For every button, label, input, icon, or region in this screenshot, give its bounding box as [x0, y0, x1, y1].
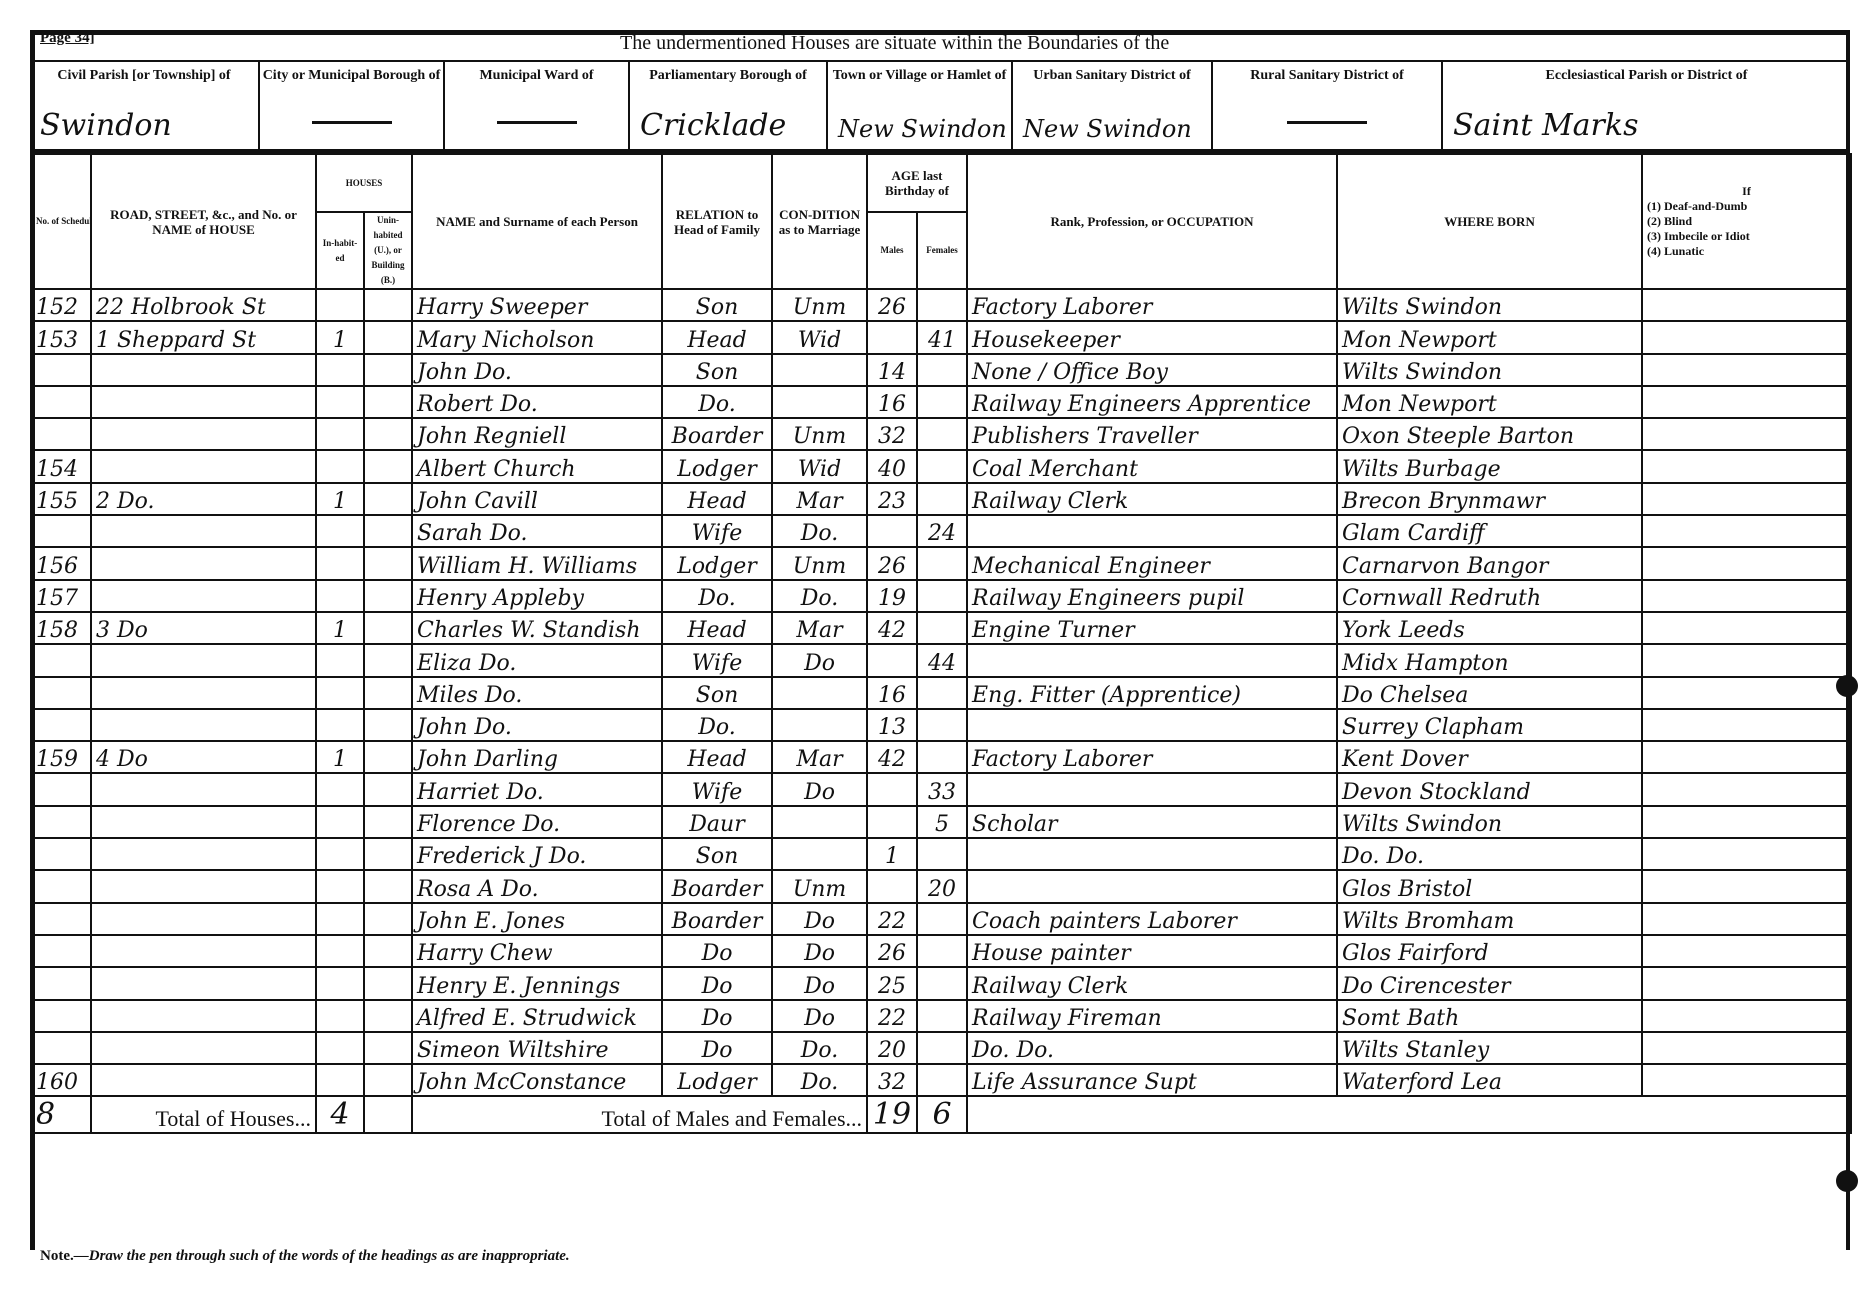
male-age: 1: [867, 838, 917, 870]
inhabited-count: [316, 386, 364, 418]
inhabited-count: [316, 289, 364, 321]
infirmity: [1642, 1000, 1851, 1032]
col-condition: CON-DITION as to Marriage: [772, 154, 867, 289]
infirmity: [1642, 450, 1851, 482]
marital-condition: [772, 709, 867, 741]
schedule-number: 152: [31, 289, 91, 321]
blank-dash: [497, 121, 577, 124]
uninhabited-count: [364, 1032, 412, 1064]
schedule-number: [31, 1032, 91, 1064]
ink-blot: [1836, 675, 1858, 697]
schedule-number: [31, 773, 91, 805]
table-row: John RegniellBoarderUnm32Publishers Trav…: [31, 418, 1851, 450]
occupation: House painter: [967, 935, 1337, 967]
table-row: Sarah Do.WifeDo.24Glam Cardiff: [31, 515, 1851, 547]
col-females: Females: [917, 212, 967, 289]
female-age: [917, 386, 967, 418]
inhabited-count: [316, 418, 364, 450]
female-age: [917, 580, 967, 612]
marital-condition: [772, 838, 867, 870]
female-age: [917, 1032, 967, 1064]
schedule-number: 153: [31, 321, 91, 353]
col-schedule: No. of Schedule: [31, 154, 91, 289]
infirmity: [1642, 677, 1851, 709]
uninhabited-count: [364, 903, 412, 935]
uninhabited-count: [364, 806, 412, 838]
male-age: 22: [867, 1000, 917, 1032]
person-name: John Do.: [412, 709, 662, 741]
inhabited-count: [316, 935, 364, 967]
table-row: Miles Do.Son16Eng. Fitter (Apprentice)Do…: [31, 677, 1851, 709]
schedule-number: 155: [31, 483, 91, 515]
female-age: [917, 709, 967, 741]
person-name: Robert Do.: [412, 386, 662, 418]
inhabited-count: [316, 354, 364, 386]
ink-blot: [1836, 1170, 1858, 1192]
road-address: [91, 515, 316, 547]
schedule-number: [31, 806, 91, 838]
parliamentary-borough-cell: Parliamentary Borough of Cricklade: [630, 62, 828, 149]
relation-to-head: Son: [662, 677, 772, 709]
table-row: Robert Do.Do.16Railway Engineers Apprent…: [31, 386, 1851, 418]
inhabited-count: 1: [316, 483, 364, 515]
relation-to-head: Head: [662, 321, 772, 353]
marital-condition: Do.: [772, 1032, 867, 1064]
person-name: Henry E. Jennings: [412, 967, 662, 999]
schedule-number: [31, 838, 91, 870]
person-name: Sarah Do.: [412, 515, 662, 547]
uninhabited-count: [364, 1000, 412, 1032]
birthplace: Midx Hampton: [1337, 644, 1642, 676]
infirmity: [1642, 967, 1851, 999]
civil-parish-cell: Civil Parish [or Township] of Swindon: [30, 62, 260, 149]
totals-blank: [1642, 1096, 1851, 1133]
female-age: [917, 903, 967, 935]
occupation: Housekeeper: [967, 321, 1337, 353]
uninhabited-count: [364, 515, 412, 547]
road-address: 4 Do: [91, 741, 316, 773]
table-row: John Do.Son14None / Office BoyWilts Swin…: [31, 354, 1851, 386]
blank-dash: [1287, 121, 1367, 124]
male-age: 20: [867, 1032, 917, 1064]
marital-condition: Mar: [772, 741, 867, 773]
relation-to-head: Do: [662, 1032, 772, 1064]
occupation: [967, 709, 1337, 741]
uninhabited-count: [364, 418, 412, 450]
male-age: 22: [867, 903, 917, 935]
col-males: Males: [867, 212, 917, 289]
marital-condition: Mar: [772, 483, 867, 515]
form-title: The undermentioned Houses are situate wi…: [620, 32, 1169, 55]
schedule-number: [31, 418, 91, 450]
town-village-label: Town or Village or Hamlet of: [828, 62, 1011, 83]
road-address: [91, 644, 316, 676]
marital-condition: Do.: [772, 515, 867, 547]
infirmity: [1642, 870, 1851, 902]
infirmity: [1642, 515, 1851, 547]
schedule-number: [31, 644, 91, 676]
col-name: NAME and Surname of each Person: [412, 154, 662, 289]
birthplace: Wilts Swindon: [1337, 806, 1642, 838]
relation-to-head: Boarder: [662, 418, 772, 450]
road-address: [91, 580, 316, 612]
relation-to-head: Do: [662, 967, 772, 999]
person-name: Harry Chew: [412, 935, 662, 967]
person-name: Miles Do.: [412, 677, 662, 709]
road-address: [91, 935, 316, 967]
road-address: [91, 806, 316, 838]
uninhabited-count: [364, 321, 412, 353]
table-row: Rosa A Do.BoarderUnm20Glos Bristol: [31, 870, 1851, 902]
birthplace: Kent Dover: [1337, 741, 1642, 773]
marital-condition: Wid: [772, 450, 867, 482]
infirmity-blind: (2) Blind: [1647, 214, 1846, 229]
person-name: Henry Appleby: [412, 580, 662, 612]
occupation: Railway Fireman: [967, 1000, 1337, 1032]
birthplace: Surrey Clapham: [1337, 709, 1642, 741]
infirmity-if: If: [1647, 184, 1846, 199]
table-row: 1531 Sheppard St1Mary NicholsonHeadWid41…: [31, 321, 1851, 353]
uninhabited-count: [364, 483, 412, 515]
relation-to-head: Wife: [662, 515, 772, 547]
schedule-number: [31, 903, 91, 935]
infirmity: [1642, 741, 1851, 773]
schedule-number: [31, 870, 91, 902]
municipal-ward-label: Municipal Ward of: [445, 62, 628, 83]
marital-condition: Unm: [772, 547, 867, 579]
person-name: Charles W. Standish: [412, 612, 662, 644]
occupation: Factory Laborer: [967, 289, 1337, 321]
male-age: 16: [867, 677, 917, 709]
uninhabited-total: [364, 1096, 412, 1133]
marital-condition: [772, 806, 867, 838]
col-road: ROAD, STREET, &c., and No. or NAME of HO…: [91, 154, 316, 289]
person-name: Frederick J Do.: [412, 838, 662, 870]
female-age: [917, 677, 967, 709]
relation-to-head: Lodger: [662, 450, 772, 482]
road-address: [91, 386, 316, 418]
occupation: None / Office Boy: [967, 354, 1337, 386]
male-age: 32: [867, 418, 917, 450]
urban-sanitary-value: New Swindon: [1023, 115, 1192, 143]
town-village-value: New Swindon: [838, 115, 1007, 143]
uninhabited-count: [364, 838, 412, 870]
parliamentary-borough-value: Cricklade: [640, 108, 786, 143]
inhabited-count: [316, 709, 364, 741]
occupation: Eng. Fitter (Apprentice): [967, 677, 1337, 709]
table-row: 1552 Do.1John CavillHeadMar23Railway Cle…: [31, 483, 1851, 515]
female-age: [917, 418, 967, 450]
uninhabited-count: [364, 677, 412, 709]
relation-to-head: Do: [662, 1000, 772, 1032]
infirmity: [1642, 806, 1851, 838]
male-age: 13: [867, 709, 917, 741]
male-age: [867, 870, 917, 902]
parliamentary-borough-label: Parliamentary Borough of: [630, 62, 826, 83]
inhabited-count: [316, 450, 364, 482]
inhabited-count: 1: [316, 612, 364, 644]
infirmity: [1642, 289, 1851, 321]
uninhabited-count: [364, 967, 412, 999]
male-age: [867, 515, 917, 547]
blank-dash: [312, 121, 392, 124]
birthplace: Wilts Bromham: [1337, 903, 1642, 935]
female-age: [917, 547, 967, 579]
person-name: Simeon Wiltshire: [412, 1032, 662, 1064]
uninhabited-count: [364, 386, 412, 418]
schedule-number: [31, 677, 91, 709]
civil-parish-label: Civil Parish [or Township] of: [30, 62, 258, 83]
male-age: 42: [867, 741, 917, 773]
female-age: [917, 838, 967, 870]
relation-to-head: Boarder: [662, 870, 772, 902]
road-address: 22 Holbrook St: [91, 289, 316, 321]
relation-to-head: Do.: [662, 386, 772, 418]
table-row: Harriet Do.WifeDo33Devon Stockland: [31, 773, 1851, 805]
female-age: 20: [917, 870, 967, 902]
inhabited-count: [316, 1000, 364, 1032]
marital-condition: Unm: [772, 418, 867, 450]
houses-total-label: Total of Houses...: [91, 1096, 316, 1133]
page-number: Page 34]: [40, 30, 95, 47]
birthplace: Do Chelsea: [1337, 677, 1642, 709]
birthplace: Do Cirencester: [1337, 967, 1642, 999]
males-total: 19: [867, 1096, 917, 1133]
marital-condition: Do: [772, 1000, 867, 1032]
infirmity: [1642, 547, 1851, 579]
birthplace: Wilts Swindon: [1337, 289, 1642, 321]
marital-condition: [772, 354, 867, 386]
schedule-total: 8: [31, 1096, 91, 1133]
female-age: [917, 483, 967, 515]
inhabited-count: 1: [316, 741, 364, 773]
male-age: [867, 644, 917, 676]
infirmity: [1642, 644, 1851, 676]
person-name: John Do.: [412, 354, 662, 386]
houses-total-value: 4: [316, 1096, 364, 1133]
schedule-number: 160: [31, 1064, 91, 1096]
uninhabited-count: [364, 644, 412, 676]
schedule-number: [31, 709, 91, 741]
schedule-number: 157: [31, 580, 91, 612]
relation-to-head: Wife: [662, 644, 772, 676]
col-uninhabited: Unin-habited (U.), or Building (B.): [364, 212, 412, 289]
person-name: Albert Church: [412, 450, 662, 482]
birthplace: Somt Bath: [1337, 1000, 1642, 1032]
female-age: [917, 1000, 967, 1032]
marital-condition: Do: [772, 935, 867, 967]
relation-to-head: Son: [662, 289, 772, 321]
birthplace: Do. Do.: [1337, 838, 1642, 870]
marital-condition: Unm: [772, 870, 867, 902]
road-address: [91, 418, 316, 450]
female-age: 5: [917, 806, 967, 838]
schedule-number: [31, 386, 91, 418]
person-name: Mary Nicholson: [412, 321, 662, 353]
schedule-number: [31, 935, 91, 967]
uninhabited-count: [364, 1064, 412, 1096]
inhabited-count: [316, 1032, 364, 1064]
rural-sanitary-label: Rural Sanitary District of: [1213, 62, 1441, 83]
schedule-number: [31, 967, 91, 999]
birthplace: York Leeds: [1337, 612, 1642, 644]
relation-to-head: Son: [662, 354, 772, 386]
female-age: [917, 1064, 967, 1096]
road-address: [91, 870, 316, 902]
male-age: 25: [867, 967, 917, 999]
uninhabited-count: [364, 773, 412, 805]
male-age: 40: [867, 450, 917, 482]
totals-blank: [967, 1096, 1337, 1133]
marital-condition: [772, 386, 867, 418]
schedule-number: [31, 515, 91, 547]
occupation: Do. Do.: [967, 1032, 1337, 1064]
female-age: 24: [917, 515, 967, 547]
road-address: [91, 709, 316, 741]
road-address: [91, 1032, 316, 1064]
inhabited-count: [316, 967, 364, 999]
totals-blank: [1337, 1096, 1642, 1133]
municipal-ward-cell: Municipal Ward of: [445, 62, 630, 149]
relation-to-head: Do.: [662, 580, 772, 612]
marital-condition: Wid: [772, 321, 867, 353]
marital-condition: Unm: [772, 289, 867, 321]
inhabited-count: 1: [316, 321, 364, 353]
occupation: Coal Merchant: [967, 450, 1337, 482]
male-age: 26: [867, 935, 917, 967]
road-address: [91, 354, 316, 386]
relation-to-head: Lodger: [662, 547, 772, 579]
female-age: 44: [917, 644, 967, 676]
road-address: [91, 967, 316, 999]
person-name: Eliza Do.: [412, 644, 662, 676]
col-occupation: Rank, Profession, or OCCUPATION: [967, 154, 1337, 289]
col-infirmity: If (1) Deaf-and-Dumb (2) Blind (3) Imbec…: [1642, 154, 1851, 289]
table-row: Harry ChewDoDo26House painterGlos Fairfo…: [31, 935, 1851, 967]
infirmity-imbecile: (3) Imbecile or Idiot: [1647, 229, 1846, 244]
male-age: 42: [867, 612, 917, 644]
col-relation: RELATION to Head of Family: [662, 154, 772, 289]
person-name: William H. Williams: [412, 547, 662, 579]
female-age: [917, 935, 967, 967]
infirmity: [1642, 1032, 1851, 1064]
census-table: No. of Schedule ROAD, STREET, &c., and N…: [30, 153, 1852, 1134]
uninhabited-count: [364, 580, 412, 612]
occupation: Railway Engineers pupil: [967, 580, 1337, 612]
road-address: [91, 903, 316, 935]
male-age: 14: [867, 354, 917, 386]
male-age: [867, 806, 917, 838]
road-address: 3 Do: [91, 612, 316, 644]
person-name: Harry Sweeper: [412, 289, 662, 321]
totals-row: 8 Total of Houses... 4 Total of Males an…: [31, 1096, 1851, 1133]
relation-to-head: Do.: [662, 709, 772, 741]
infirmity: [1642, 773, 1851, 805]
table-row: 157Henry ApplebyDo.Do.19Railway Engineer…: [31, 580, 1851, 612]
occupation: Mechanical Engineer: [967, 547, 1337, 579]
birthplace: Glam Cardiff: [1337, 515, 1642, 547]
relation-to-head: Lodger: [662, 1064, 772, 1096]
road-address: [91, 1000, 316, 1032]
boundaries-bar: Civil Parish [or Township] of Swindon Ci…: [30, 60, 1850, 153]
birthplace: Cornwall Redruth: [1337, 580, 1642, 612]
male-age: 19: [867, 580, 917, 612]
ecclesiastical-parish-value: Saint Marks: [1453, 108, 1638, 143]
marital-condition: Mar: [772, 612, 867, 644]
table-row: 156William H. WilliamsLodgerUnm26Mechani…: [31, 547, 1851, 579]
occupation: [967, 644, 1337, 676]
urban-sanitary-cell: Urban Sanitary District of New Swindon: [1013, 62, 1213, 149]
birthplace: Wilts Stanley: [1337, 1032, 1642, 1064]
female-age: 33: [917, 773, 967, 805]
birthplace: Glos Fairford: [1337, 935, 1642, 967]
infirmity: [1642, 321, 1851, 353]
table-row: Simeon WiltshireDoDo.20Do. Do.Wilts Stan…: [31, 1032, 1851, 1064]
table-row: Henry E. JenningsDoDo25Railway ClerkDo C…: [31, 967, 1851, 999]
marital-condition: Do.: [772, 580, 867, 612]
table-row: 160John McConstanceLodgerDo.32Life Assur…: [31, 1064, 1851, 1096]
table-row: Alfred E. StrudwickDoDo22Railway Fireman…: [31, 1000, 1851, 1032]
inhabited-count: [316, 1064, 364, 1096]
infirmity: [1642, 612, 1851, 644]
uninhabited-count: [364, 741, 412, 773]
person-name: John McConstance: [412, 1064, 662, 1096]
note-label: Note.: [40, 1248, 74, 1264]
occupation: Coach painters Laborer: [967, 903, 1337, 935]
municipal-borough-cell: City or Municipal Borough of: [260, 62, 445, 149]
birthplace: Wilts Swindon: [1337, 354, 1642, 386]
road-address: 1 Sheppard St: [91, 321, 316, 353]
birthplace: Devon Stockland: [1337, 773, 1642, 805]
birthplace: Oxon Steeple Barton: [1337, 418, 1642, 450]
schedule-number: 159: [31, 741, 91, 773]
uninhabited-count: [364, 612, 412, 644]
person-name: Harriet Do.: [412, 773, 662, 805]
occupation: Railway Clerk: [967, 967, 1337, 999]
infirmity-lunatic: (4) Lunatic: [1647, 244, 1846, 259]
uninhabited-count: [364, 354, 412, 386]
person-name: John Cavill: [412, 483, 662, 515]
female-age: [917, 612, 967, 644]
marital-condition: Do: [772, 967, 867, 999]
occupation: Factory Laborer: [967, 741, 1337, 773]
relation-to-head: Head: [662, 612, 772, 644]
schedule-number: [31, 1000, 91, 1032]
uninhabited-count: [364, 547, 412, 579]
footer-note: Note.—Draw the pen through such of the w…: [40, 1248, 570, 1265]
relation-to-head: Daur: [662, 806, 772, 838]
road-address: [91, 450, 316, 482]
male-age: 23: [867, 483, 917, 515]
col-houses: HOUSES: [316, 154, 412, 212]
table-row: 15222 Holbrook StHarry SweeperSonUnm26Fa…: [31, 289, 1851, 321]
col-age: AGE last Birthday of: [867, 154, 967, 212]
person-name: John Regniell: [412, 418, 662, 450]
col-where-born: WHERE BORN: [1337, 154, 1642, 289]
occupation: Publishers Traveller: [967, 418, 1337, 450]
birthplace: Carnarvon Bangor: [1337, 547, 1642, 579]
occupation: [967, 870, 1337, 902]
road-address: 2 Do.: [91, 483, 316, 515]
rural-sanitary-cell: Rural Sanitary District of: [1213, 62, 1443, 149]
birthplace: Wilts Burbage: [1337, 450, 1642, 482]
table-row: 1594 Do1John DarlingHeadMar42Factory Lab…: [31, 741, 1851, 773]
male-age: 26: [867, 547, 917, 579]
infirmity: [1642, 709, 1851, 741]
female-age: [917, 450, 967, 482]
table-row: Florence Do.Daur5ScholarWilts Swindon: [31, 806, 1851, 838]
marital-condition: [772, 677, 867, 709]
